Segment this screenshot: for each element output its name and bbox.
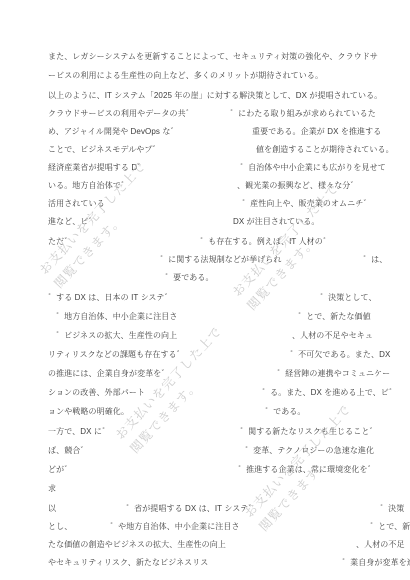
- text-fragment: の推進には、企業自身が変革を゛: [48, 368, 170, 379]
- text-fragment: ゛る。また、DX を進める上で、ビ゛: [262, 387, 397, 398]
- text-fragment: 経済産業省が提唱する D゛: [48, 162, 145, 173]
- text-fragment: リティリスクなどの課題も存在する゛: [48, 349, 185, 360]
- text-fragment: クラウドサービスの利用やデータの共゛: [48, 108, 194, 119]
- document-page: また、レガシーシステムを更新することによって、セキュリティ対策の強化や、クラウド…: [0, 0, 410, 580]
- text-fragment: ゛地方自治体、中小企業に注目さ: [56, 311, 178, 322]
- text-fragment: ゛変革、テクノロジーの急速な進化: [245, 445, 374, 456]
- text-fragment: め、アジャイル開発や DevOps な゛: [48, 126, 179, 137]
- text-fragment: ゛推進する企業は、常に環境変化を゛: [238, 464, 376, 475]
- text-fragment: ことで、ビジネスモデルやプ゛: [48, 144, 161, 155]
- text-fragment: 、観光業の振興など、様々な分゛: [237, 180, 359, 191]
- text-fragment: 値を創造することが期待されている。: [256, 144, 394, 155]
- text-fragment: ゛業自身が変革を進: [342, 557, 410, 568]
- text-fragment: ゛する DX は、日本の IT システ゛: [48, 292, 173, 303]
- text-fragment: 以上のように、IT システム「2025 年の崖」に対する解決策として、DX が提…: [48, 90, 382, 101]
- text-fragment: ゛である。: [265, 406, 306, 417]
- text-fragment: ョンや戦略の明確化。: [48, 406, 129, 417]
- text-fragment: 、人材の不足: [356, 539, 405, 550]
- text-fragment: ゛も存在する。例えば、IT 人材の゛: [200, 236, 331, 247]
- text-fragment: ゛産性向上や、販売業のオムニチ゛: [242, 198, 371, 209]
- text-fragment: たな価値の創造やビジネスの拡大、生産性の向上: [48, 539, 226, 550]
- text-fragment: ゛にわたる取り組みが求められているた: [230, 108, 376, 119]
- text-fragment: ゛や地方自治体、中小企業に注目さ: [110, 521, 240, 532]
- text-fragment: 重要である。企業が DX を推進する: [252, 126, 381, 137]
- text-fragment: ゛経営陣の連携やコミュニケー: [277, 368, 390, 379]
- text-fragment: また、レガシーシステムを更新することによって、セキュリティ対策の強化や、クラウド…: [48, 51, 378, 62]
- text-fragment: ただ゛: [48, 236, 72, 247]
- text-fragment: ゛とで、新たな価値: [298, 311, 371, 322]
- text-fragment: ゛は、: [363, 254, 387, 265]
- text-fragment: ば、競合゛: [48, 445, 89, 456]
- text-fragment: 求: [48, 483, 56, 494]
- text-fragment: ションの改善、外部パート: [48, 387, 145, 398]
- text-fragment: 進など、ビ゛: [48, 216, 97, 227]
- text-fragment: 一方で、DX に゛: [48, 426, 110, 437]
- text-fragment: 、人材の不足やセキュ: [292, 330, 373, 341]
- text-fragment: ゛とで、新: [370, 521, 410, 532]
- text-fragment: ゛省が提唱する DX は、IT システ゛: [126, 503, 256, 514]
- text-fragment: ゛関する新たなリスクも生じること゛: [240, 426, 378, 437]
- text-fragment: どが゛: [48, 464, 72, 475]
- text-fragment: ゛決策として、: [320, 292, 377, 303]
- text-fragment: ゛要である。: [165, 272, 214, 283]
- text-fragment: ゛に関する法規制などが挙げられ: [160, 254, 282, 265]
- document-text-layer: また、レガシーシステムを更新することによって、セキュリティ対策の強化や、クラウド…: [0, 0, 410, 580]
- text-fragment: ゛不可欠である。また、DX: [290, 349, 390, 360]
- text-fragment: 活用されている: [48, 198, 105, 209]
- text-fragment: ゛自治体や中小企業にも広がりを見せて: [240, 162, 386, 173]
- text-fragment: ゛決策: [380, 503, 404, 514]
- text-fragment: やセキュリティリスク、新たなビジネスリス: [48, 557, 208, 568]
- text-fragment: いる。地方自治体で゛: [48, 180, 129, 191]
- text-fragment: ゛ビジネスの拡大、生産性の向上: [56, 330, 177, 341]
- text-fragment: 以: [48, 503, 56, 514]
- text-fragment: とし、: [48, 521, 72, 532]
- text-fragment: ービスの利用による生産性の向上など、多くのメリットが期待されている。: [48, 70, 323, 81]
- text-fragment: DX が注目されている。: [233, 216, 320, 227]
